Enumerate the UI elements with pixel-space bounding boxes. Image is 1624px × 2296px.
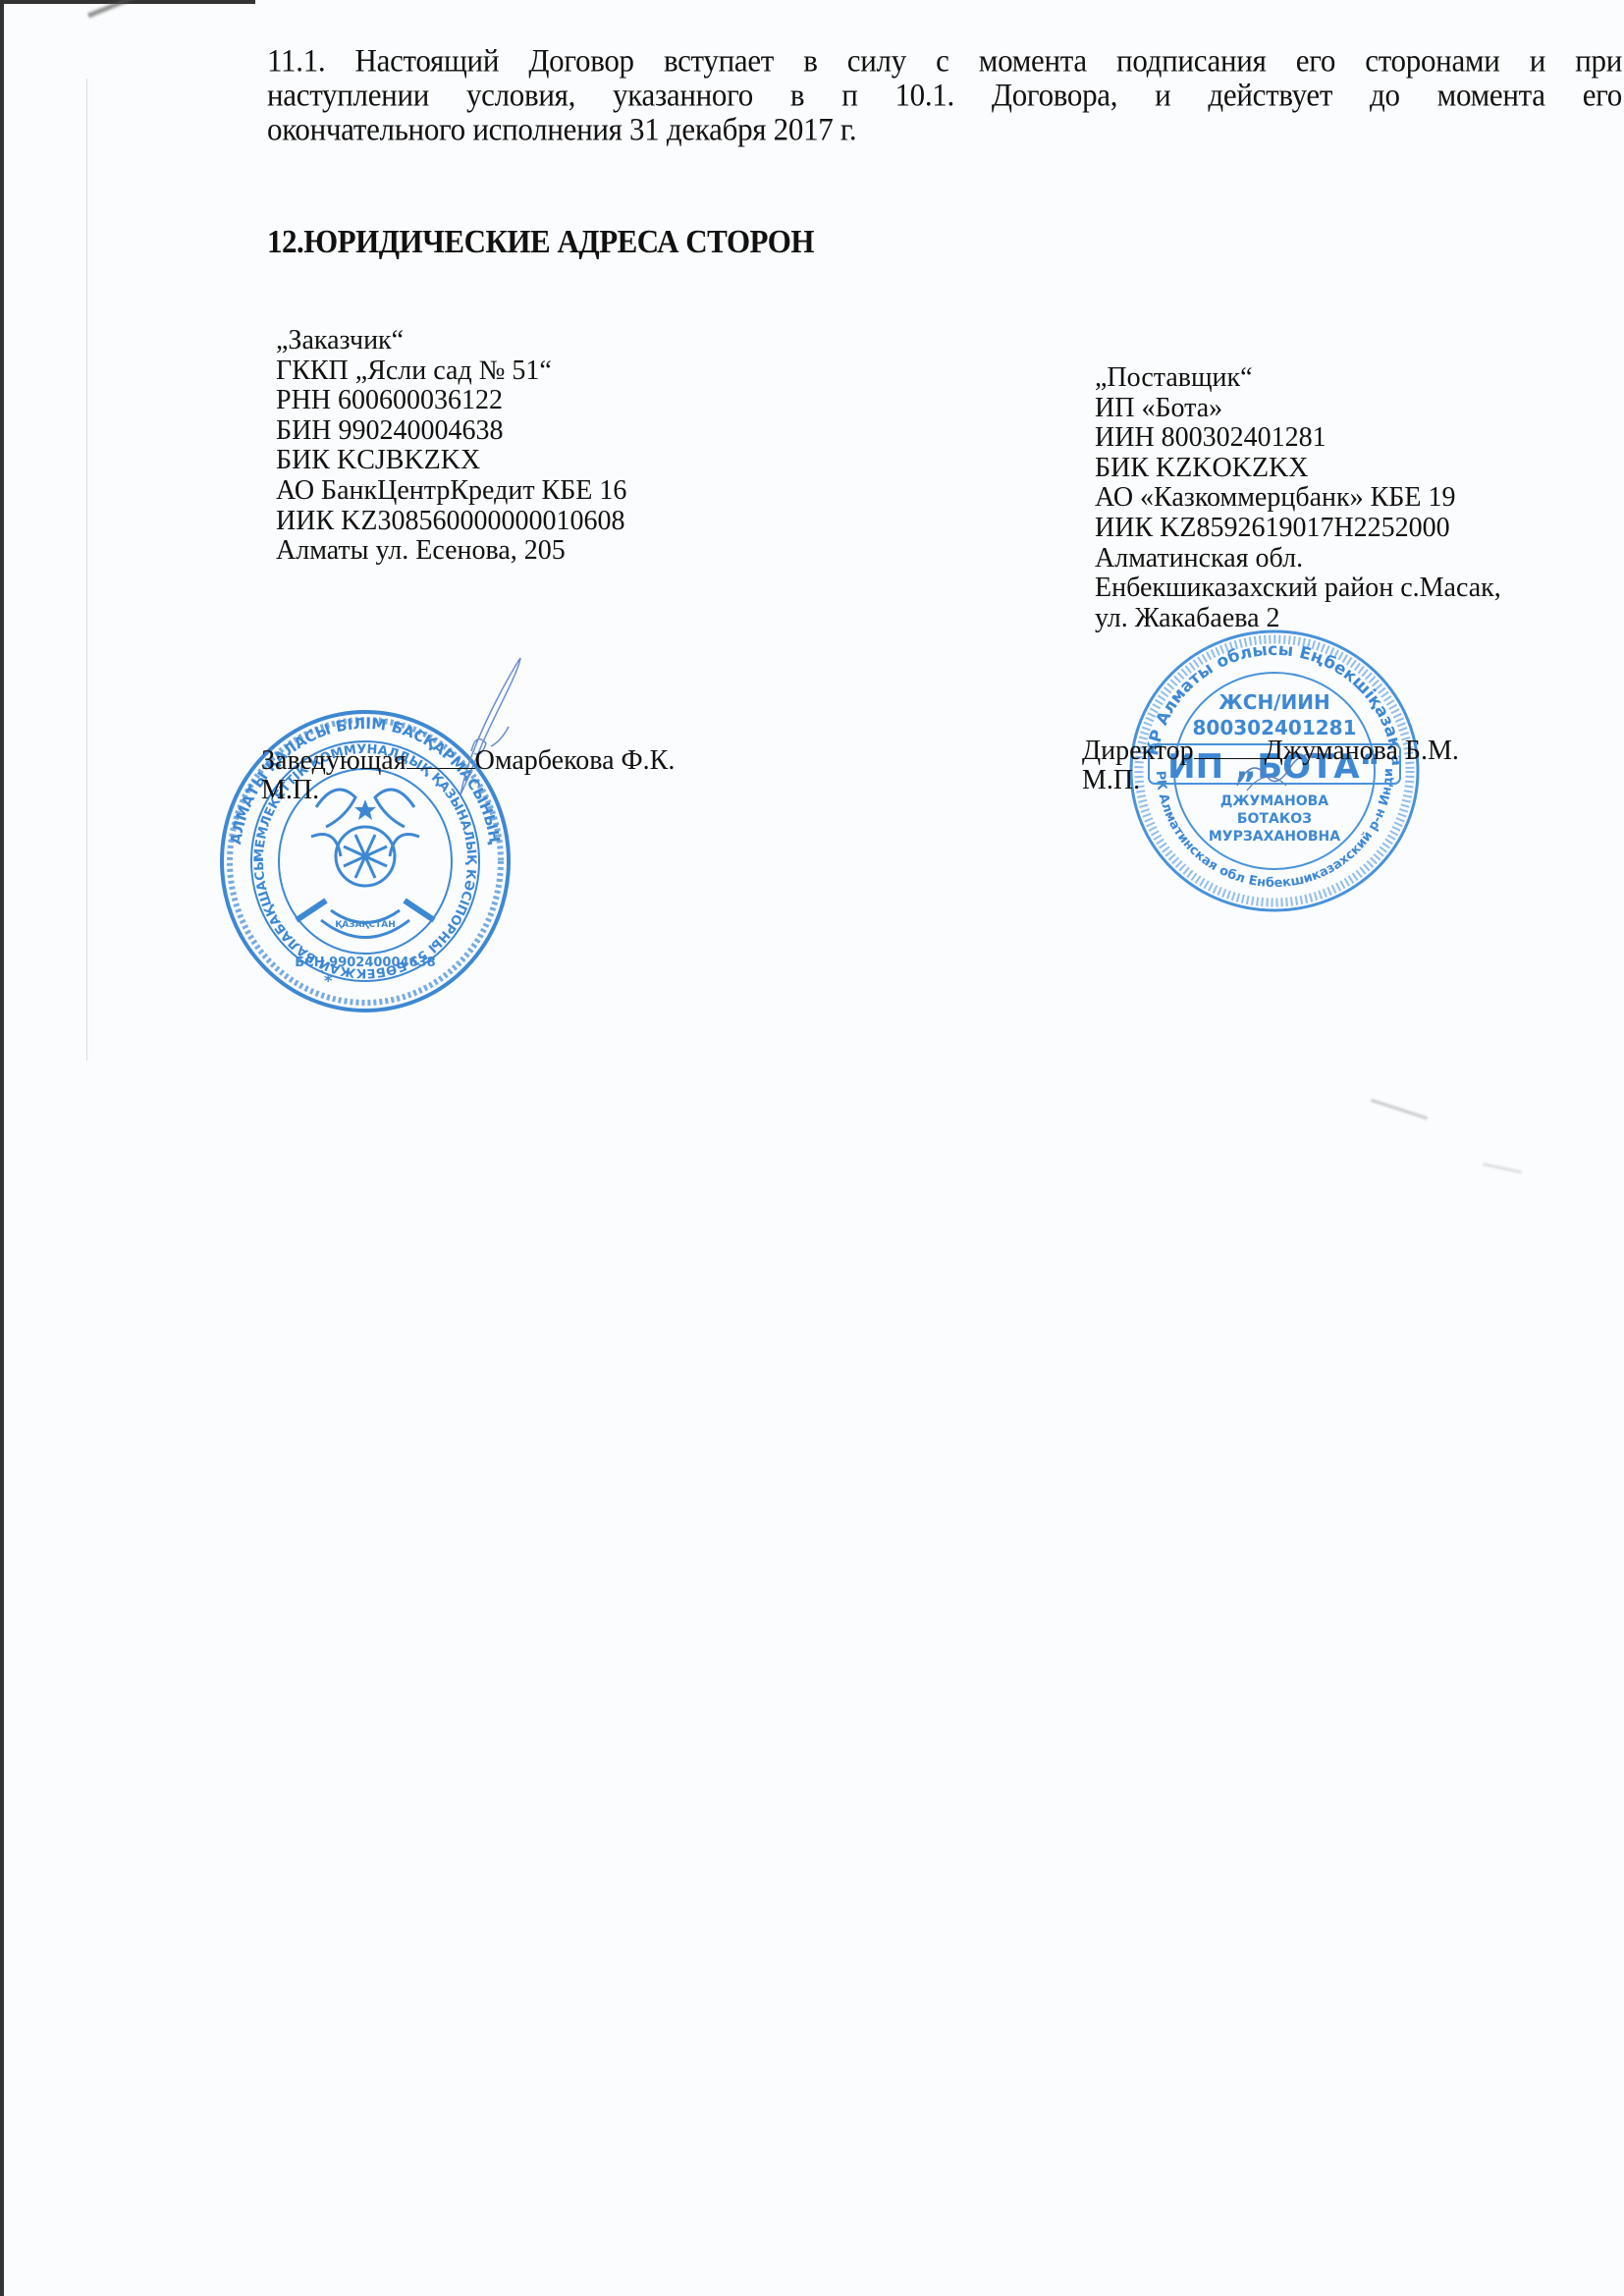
scan-left-edge — [0, 0, 4, 2296]
supplier-seal-label: М.П. — [1082, 766, 1459, 795]
supplier-signature-block: ДиректорДжуманова Б.М. М.П. — [1082, 737, 1459, 795]
customer-role: „Заказчик“ — [276, 326, 626, 356]
customer-line: РНН 600600036122 — [276, 386, 626, 416]
customer-signatory-title: Заведующая — [261, 745, 406, 776]
customer-signature-block: ЗаведующаяОмарбекова Ф.К. М.П. — [261, 746, 675, 805]
customer-seal-label: М.П. — [261, 776, 675, 805]
customer-line: БИК KCJBKZKX — [276, 446, 626, 476]
svg-text:*: * — [324, 971, 333, 990]
clause-11-1: 11.1. Настоящий Договор вступает в силу … — [267, 43, 1622, 146]
customer-line: ГККП „Ясли сад № 51“ — [276, 356, 626, 387]
supplier-stamp-owner-line: МУРЗАХАНОВНА — [1209, 829, 1340, 845]
customer-stamp-emblem-text: ҚАЗАҚСТАН — [335, 920, 396, 930]
clause-line: окончательного исполнения 31 декабря 201… — [267, 112, 1622, 146]
section-heading: 12.ЮРИДИЧЕСКИЕ АДРЕСА СТОРОН — [267, 222, 814, 261]
supplier-line: Алматинская обл. — [1095, 544, 1501, 574]
supplier-line: ИП «Бота» — [1095, 394, 1501, 424]
supplier-stamp-owner-line: БОТАКОЗ — [1237, 811, 1312, 827]
supplier-details: „Поставщик“ ИП «Бота» ИИН 800302401281 Б… — [1095, 363, 1501, 633]
supplier-line: Енбекшиказахский район с.Масак, — [1095, 574, 1501, 604]
supplier-line: ИИК KZ8592619017H2252000 — [1095, 514, 1501, 544]
customer-stamp-bin: БСН 990240004638 — [295, 956, 435, 970]
customer-line: АО БанкЦентрКредит КБЕ 16 — [276, 476, 626, 507]
customer-signatory-name: Омарбекова Ф.К. — [475, 745, 676, 776]
supplier-role: „Поставщик“ — [1095, 363, 1501, 394]
customer-line: БИН 990240004638 — [276, 416, 626, 447]
clause-line: 11.1. Настоящий Договор вступает в силу … — [267, 43, 1622, 78]
customer-details: „Заказчик“ ГККП „Ясли сад № 51“ РНН 6006… — [276, 326, 626, 567]
signature-line — [406, 746, 475, 769]
supplier-stamp-id-label: ЖСН/ИИН — [1218, 690, 1329, 714]
page-fold-line — [86, 79, 87, 1061]
supplier-line: АО «Казкоммерцбанк» КБЕ 19 — [1095, 483, 1501, 514]
clause-line: наступлении условия, указанного в п 10.1… — [267, 78, 1622, 112]
customer-line: ИИК KZ308560000000010608 — [276, 507, 626, 537]
supplier-line: БИК KZKOKZKX — [1095, 454, 1501, 484]
supplier-line: ИИН 800302401281 — [1095, 423, 1501, 454]
scan-smudge — [1483, 1163, 1522, 1174]
customer-line: Алматы ул. Есенова, 205 — [276, 536, 626, 567]
supplier-signatory-name: Джуманова Б.М. — [1265, 736, 1459, 766]
signature-line — [1194, 737, 1265, 759]
scan-smudge — [1371, 1099, 1428, 1120]
supplier-signatory-title: Директор — [1082, 736, 1194, 766]
